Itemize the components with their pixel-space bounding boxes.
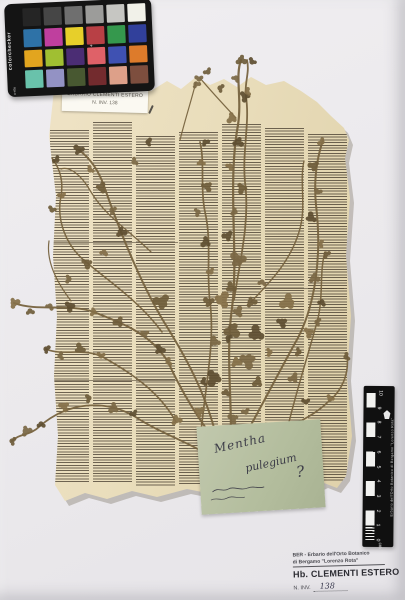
color-patch	[106, 4, 125, 23]
color-patch	[46, 69, 65, 88]
color-patch	[88, 67, 107, 86]
color-patch	[127, 3, 146, 22]
uncertainty-mark-handwriting: ?	[295, 462, 306, 481]
ruler-tick-label: 4	[375, 480, 381, 483]
color-patch	[65, 27, 84, 46]
calibration-cross-marker: +	[90, 44, 93, 49]
ruler-tick-label: 10	[377, 390, 383, 396]
collection-name: Hb. CLEMENTI ESTERO	[293, 567, 405, 580]
color-patch	[107, 25, 126, 44]
ruler-institution-text: Erbario dell'Orto Botanico di Bergamo "L…	[390, 417, 395, 516]
scale-ruler: cm Erbario dell'Orto Botanico di Bergamo…	[362, 386, 394, 547]
color-patch	[108, 45, 127, 64]
color-patch	[45, 48, 64, 67]
color-patch	[43, 7, 62, 26]
accession-label-number: N. INV. 138	[92, 100, 118, 107]
ruler-tick-label: 0	[375, 539, 381, 542]
ruler-tick-label: 2	[375, 509, 381, 512]
xrite-logo-text: x-rite	[13, 87, 17, 95]
color-patch	[25, 70, 44, 89]
color-patch	[24, 49, 43, 68]
ruler-mm-hatch	[365, 525, 374, 540]
color-patch	[66, 47, 85, 66]
institution-label: BER - Erbario dell'Orto Botanico di Berg…	[292, 550, 405, 593]
ruler-tick-label: 7	[376, 436, 382, 439]
color-patch	[130, 65, 149, 84]
plant-leaf-clusters	[7, 55, 351, 449]
color-patch	[109, 66, 128, 85]
color-patch	[85, 5, 104, 24]
color-patch	[129, 45, 148, 64]
ruler-unit-label: cm	[378, 542, 383, 548]
color-patch	[128, 24, 147, 43]
colorchecker-brand-text: colorchecker	[6, 31, 14, 70]
ruler-tick-label: 9	[376, 406, 382, 409]
ruler-tick-label: 3	[375, 494, 381, 497]
ruler-tick-label: 8	[376, 421, 382, 424]
ruler-cm-bar	[365, 393, 375, 540]
color-patch	[67, 68, 86, 87]
illegible-handwriting-scribble	[208, 480, 281, 506]
taxon-species-handwriting: pulegium	[244, 451, 298, 475]
color-patch	[22, 8, 41, 27]
colorchecker-card: colorchecker x-rite +	[4, 0, 155, 97]
ruler-tick-label: 1	[375, 524, 381, 527]
inventory-number-handwriting: 138	[314, 581, 348, 592]
taxon-genus-handwriting: Mentha	[213, 431, 268, 456]
color-patch	[44, 27, 63, 46]
color-patch	[86, 26, 105, 45]
color-patch	[23, 28, 42, 47]
determination-label: Mentha pulegium ?	[196, 419, 325, 514]
color-patch	[64, 6, 83, 25]
ruler-tick-label: 5	[375, 465, 381, 468]
inventory-prefix: N. INV.	[293, 585, 310, 591]
ruler-tick-label: 6	[376, 450, 382, 453]
herbarium-specimen-photo: colorchecker x-rite + ERBARIO CLEMENTI E…	[0, 0, 405, 600]
